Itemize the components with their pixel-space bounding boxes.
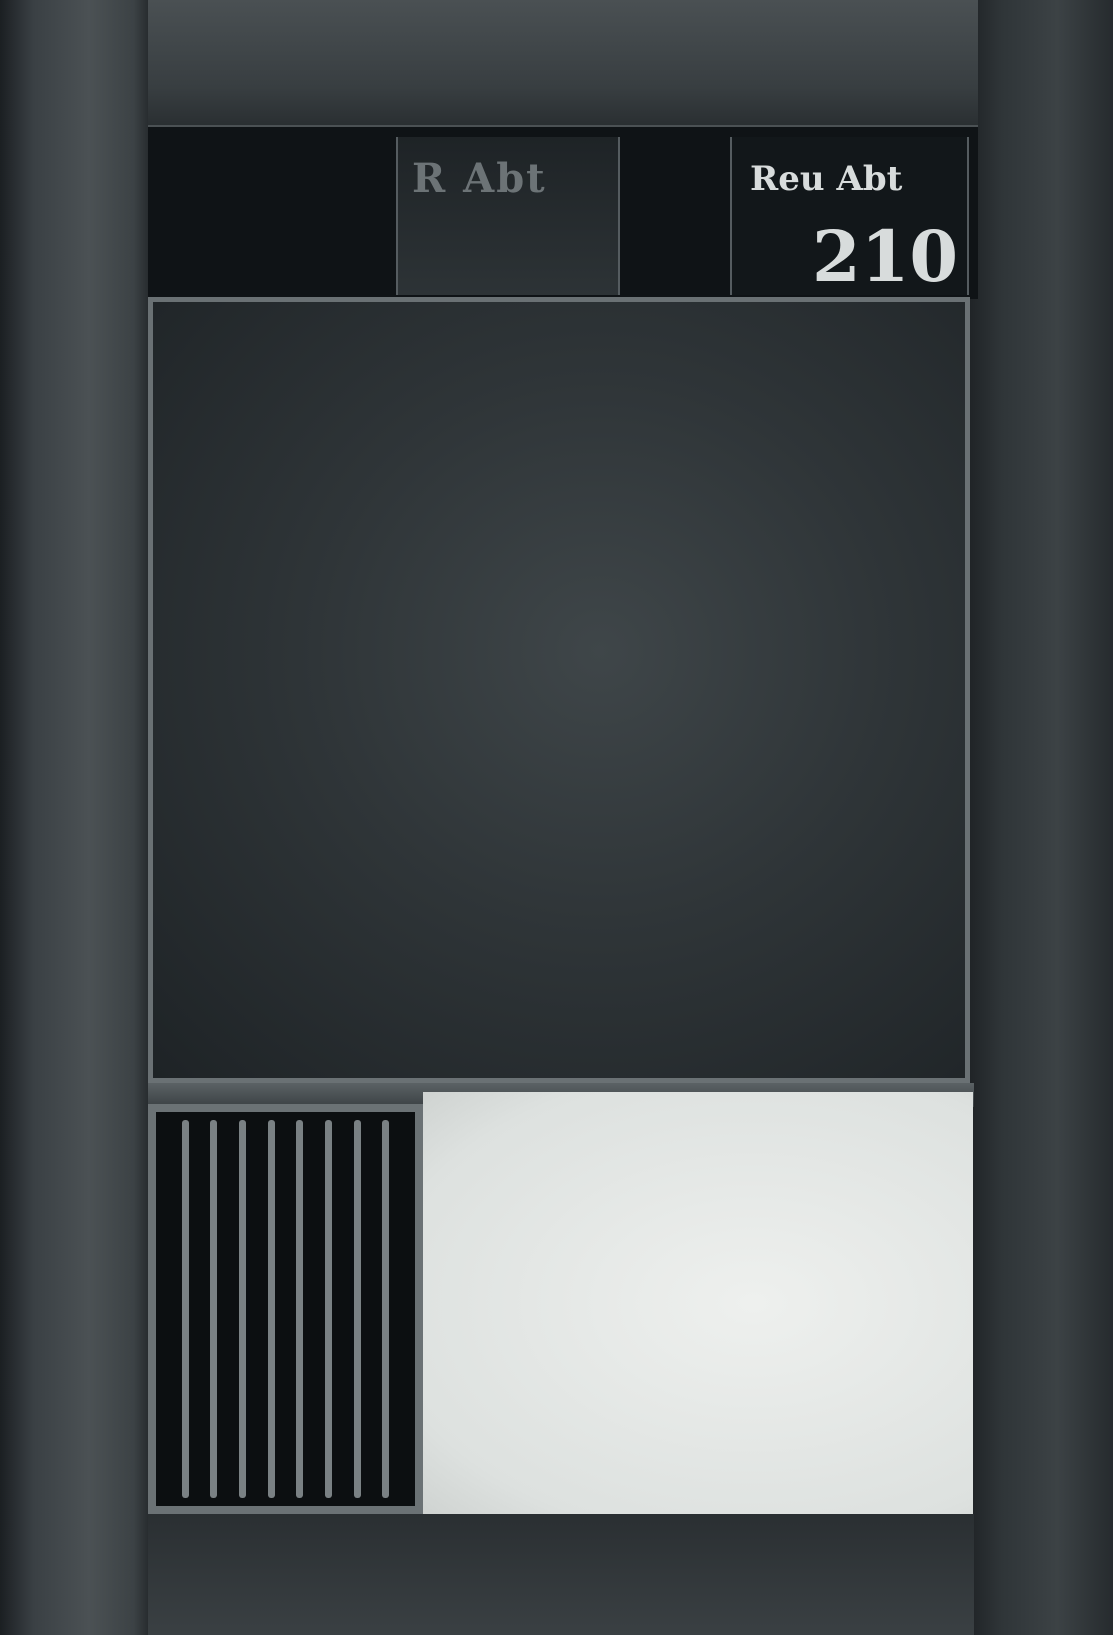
grate-bar xyxy=(354,1120,361,1498)
label-strip: R Abt Reu Abt 210 xyxy=(148,125,978,299)
white-canvas-panel xyxy=(423,1092,973,1514)
number-label-title: Reu Abt xyxy=(750,159,902,199)
number-label: Reu Abt 210 xyxy=(730,137,969,295)
bottom-board xyxy=(148,1514,974,1635)
grate-bar xyxy=(210,1120,217,1498)
dark-canvas-panel xyxy=(148,297,970,1083)
iron-grate xyxy=(148,1104,423,1514)
top-board xyxy=(148,0,978,125)
grate-bar xyxy=(325,1120,332,1498)
faded-label: R Abt xyxy=(396,137,620,295)
grate-bar xyxy=(382,1120,389,1498)
grate-bar xyxy=(182,1120,189,1498)
artwork-photo: R Abt Reu Abt 210 xyxy=(0,0,1113,1635)
number-label-number: 210 xyxy=(812,215,958,298)
faded-label-text: R Abt xyxy=(412,155,547,202)
grate-bar xyxy=(268,1120,275,1498)
grate-bar xyxy=(296,1120,303,1498)
grate-bar xyxy=(239,1120,246,1498)
